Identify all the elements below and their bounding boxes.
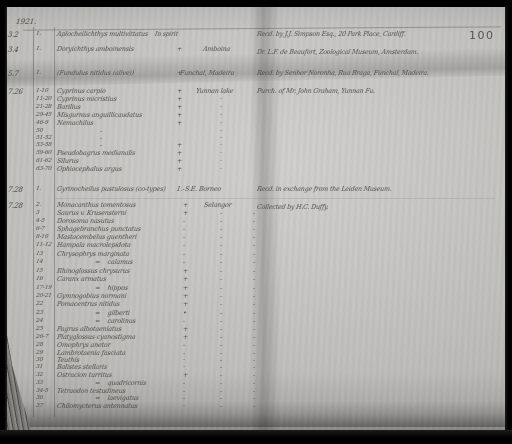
- cell-no: 11-12: [36, 242, 52, 248]
- cell-no: 21-28: [36, 104, 52, 110]
- cell-sp: Gymnogobius normani: [57, 293, 127, 300]
- cell-note: -: [253, 242, 256, 249]
- cell-sp: Pseudobagrus medianalis: [57, 150, 136, 157]
- cell-sp: Cyprinus micristius: [57, 96, 118, 103]
- cell-note: -: [253, 259, 256, 266]
- cell-loc: -: [220, 210, 223, 217]
- cell-sp: -: [100, 135, 103, 142]
- cell-note: -: [253, 251, 256, 258]
- cell-sp: Tetraodon testudineus: [57, 388, 126, 395]
- cell-no: 1.: [36, 46, 42, 52]
- cell-sp: Pagrus albotaeniatus: [57, 326, 122, 333]
- cell-date: 3.2: [7, 31, 19, 39]
- cell-no: 61-62: [36, 158, 52, 164]
- cell-no: 4-5: [36, 218, 46, 224]
- cell-loc: ·: [220, 142, 223, 149]
- cell-loc: ·: [220, 150, 223, 157]
- cell-loc: -: [220, 388, 223, 395]
- cell-note: -: [253, 364, 256, 371]
- cell-loc: -: [220, 226, 223, 233]
- cell-note: -: [253, 226, 256, 233]
- cell-sp: Caranx armatus: [57, 276, 107, 283]
- cell-note: -: [253, 310, 256, 317]
- cell-no: 53-58: [36, 142, 52, 148]
- cell-loc: -: [220, 276, 223, 283]
- cell-cond: +: [177, 120, 183, 127]
- cell-sp: Pomacentrus nitidus: [57, 301, 121, 308]
- cell-sp: = calamus: [95, 259, 134, 266]
- cell-loc: ·: [220, 128, 223, 135]
- cell-sp: Hampala macrolepidota: [57, 242, 132, 249]
- ledger-row: 16Caranx armatus+--: [7, 276, 506, 285]
- cell-no: 1.: [36, 31, 42, 37]
- cell-note: -: [253, 372, 256, 379]
- cell-sp: Omophrys anetor: [57, 342, 111, 349]
- cell-cond: •: [183, 310, 187, 317]
- cell-loc: -: [220, 372, 223, 379]
- cell-sp: Ostracion turritus: [57, 372, 113, 379]
- cell-sp: Silurus: [57, 158, 80, 165]
- cell-cond: +: [177, 96, 183, 103]
- cell-cond: -: [183, 251, 186, 258]
- cell-no: 26-7: [36, 334, 49, 340]
- cell-sp: Gyrinocheilus pustulosus (co-types) 1.-: [57, 186, 185, 193]
- cell-note: -: [253, 301, 256, 308]
- cell-cond: +: [183, 285, 189, 292]
- cell-sp: = gilberti: [95, 310, 131, 317]
- cell-sp: Nemachilus: [57, 120, 94, 127]
- ledger-page: 1921. 100 3.21.Aplocheilichthys multivit…: [7, 7, 506, 431]
- cell-note: -: [253, 218, 256, 225]
- cell-note: Recd. by Senhor Noronha, Rua Braga, Func…: [257, 70, 430, 77]
- ledger-row: 7.281.Gyrinocheilus pustulosus (co-types…: [7, 186, 506, 195]
- cell-no: 20-21: [36, 293, 52, 299]
- cell-no: 50: [36, 128, 44, 134]
- cell-note: -: [253, 234, 256, 241]
- cell-note: -: [253, 318, 256, 325]
- cell-note: -: [253, 342, 256, 349]
- cell-cond: -: [183, 234, 186, 241]
- cell-cond: -: [183, 318, 186, 325]
- cell-sp: -: [100, 128, 103, 135]
- cell-cond: +: [177, 112, 183, 119]
- photo-right-edge: [505, 0, 512, 444]
- cell-loc: -: [220, 342, 223, 349]
- photo-background: 1921. 100 3.21.Aplocheilichthys multivit…: [0, 0, 512, 444]
- cell-cond: +: [177, 46, 183, 53]
- cell-loc: ·: [220, 120, 223, 127]
- ledger-row: 63-70Ophiocephalus argus+·: [7, 166, 506, 175]
- cell-cond: +: [183, 202, 189, 209]
- cell-no: 32: [36, 372, 44, 378]
- cell-no: 24: [36, 318, 44, 324]
- cell-no: 6-7: [36, 226, 46, 232]
- ledger-row: 3.41.Doryichthys amboinensis+AmboinaDr. …: [7, 46, 506, 55]
- cell-note: Dr. L.F. de Beaufort, Zoological Museum,…: [257, 49, 419, 56]
- cell-cond: -: [183, 218, 186, 225]
- cell-no: 33: [36, 380, 44, 386]
- cell-loc: -: [220, 234, 223, 241]
- cell-loc: ·: [220, 112, 223, 119]
- cell-cond: +: [177, 166, 183, 173]
- cell-note: Recd. in exchange from the Leiden Museum…: [257, 186, 393, 193]
- cell-no: 51-52: [36, 135, 52, 141]
- cell-sp: Misgurnus anguillicaudatus: [57, 112, 143, 119]
- cell-note: -: [253, 268, 256, 275]
- cell-loc: -: [220, 364, 223, 371]
- bottom-shadow-band: [7, 401, 506, 427]
- cell-sp: Cyprinus carpio: [57, 88, 107, 95]
- cell-loc: -: [220, 251, 223, 258]
- cell-note: Recd. by J.J. Simpson Esq., 20 Park Plac…: [257, 31, 406, 38]
- ledger-row: 22Pomacentrus nitidus+--: [7, 301, 506, 310]
- cell-no: 3: [36, 210, 40, 216]
- cell-loc: -: [220, 301, 223, 308]
- entries-area: 3.21.Aplocheilichthys multivittatusIn sp…: [7, 7, 506, 431]
- cell-cond: +: [183, 301, 189, 308]
- cell-no: 30: [36, 357, 44, 363]
- cell-date: 7.28: [7, 186, 23, 194]
- cell-cond: +: [183, 334, 189, 341]
- cell-no: 8-10: [36, 234, 49, 240]
- cell-note: -: [253, 334, 256, 341]
- cell-date: 5.7: [7, 70, 19, 78]
- cell-loc: ·: [220, 96, 223, 103]
- cell-cond: -: [183, 388, 186, 395]
- cell-loc: Amboina: [203, 46, 231, 53]
- cell-loc: -: [220, 293, 223, 300]
- cell-cond: -: [183, 226, 186, 233]
- cell-sp: Barilius: [57, 104, 82, 111]
- cell-loc: Funchal, Madeira: [180, 70, 235, 77]
- cell-sp: = quadricornis: [95, 380, 147, 387]
- cell-sp: Doryichthys amboinensis: [57, 46, 135, 53]
- cell-loc: -: [220, 357, 223, 364]
- cell-sp: = hippos: [95, 285, 129, 292]
- cell-date: 3.4: [7, 46, 19, 54]
- cell-no: 29: [36, 350, 44, 356]
- cell-loc: -: [220, 268, 223, 275]
- cell-loc: -: [220, 334, 223, 341]
- cell-note: -: [253, 326, 256, 333]
- cell-no: 22: [36, 301, 44, 307]
- cell-sp: Mastacembelus guentheri: [57, 234, 138, 241]
- cell-note: -: [253, 357, 256, 364]
- book-bottom-edge: [0, 430, 512, 444]
- cell-no: 1-10: [36, 88, 49, 94]
- cell-sp: Rhinoglossus chrysurus: [57, 268, 131, 275]
- cell-note: -: [253, 293, 256, 300]
- cell-no: 34-5: [36, 388, 49, 394]
- cell-loc: -: [220, 242, 223, 249]
- cell-sp: Monacanthus tomentosus: [57, 202, 137, 209]
- cell-no: 16: [36, 276, 44, 282]
- cell-sp: Aplocheilichthys multivittatus: [57, 31, 149, 38]
- cell-cond: +: [183, 293, 189, 300]
- cell-cond: -: [183, 242, 186, 249]
- cell-cond: -: [183, 380, 186, 387]
- cell-loc: -: [220, 380, 223, 387]
- cell-loc: -: [220, 318, 223, 325]
- cell-no: 15: [36, 268, 44, 274]
- cell-no: 29-45: [36, 112, 52, 118]
- cell-loc: -: [220, 218, 223, 225]
- cell-loc: -: [220, 350, 223, 357]
- cell-loc: -: [220, 326, 223, 333]
- cell-no: 31: [36, 364, 44, 370]
- cell-loc: Selangor: [204, 202, 232, 209]
- cell-note: -: [253, 210, 256, 217]
- cell-no: 46-9: [36, 120, 49, 126]
- cell-cond: -: [183, 342, 186, 349]
- cell-cond: +: [183, 372, 189, 379]
- cell-no: 25: [36, 326, 44, 332]
- cell-loc: Yunnan lake: [196, 88, 234, 95]
- cell-cond: +: [183, 210, 189, 217]
- ledger-row: 11-12Hampala macrolepidota---: [7, 242, 506, 251]
- photo-top-edge: [0, 0, 512, 7]
- cell-sp: Lambrotaenia fasciata: [57, 350, 126, 357]
- cell-sp: Teuthis: [57, 357, 80, 364]
- cell-cond: ·: [183, 357, 186, 364]
- ledger-row: 5.71.(Fundulus nitidus (alive))+Funchal,…: [7, 70, 506, 79]
- cell-no: 1.: [36, 186, 42, 192]
- cell-no: 63-70: [36, 166, 52, 172]
- cell-no: 1.: [36, 70, 42, 76]
- cell-no: 2.: [36, 202, 42, 208]
- ledger-row: 3.21.Aplocheilichthys multivittatusIn sp…: [7, 31, 506, 40]
- cell-cond: +: [183, 268, 189, 275]
- cell-no: 11-20: [36, 96, 52, 102]
- cell-sp: Ophiocephalus argus: [57, 166, 123, 173]
- cell-sp: (Fundulus nitidus (alive)): [57, 70, 135, 77]
- cell-loc: -: [220, 285, 223, 292]
- cell-no: 17-19: [36, 285, 52, 291]
- cell-loc: ·: [220, 166, 223, 173]
- cell-cond: +: [183, 326, 189, 333]
- cell-note: -: [253, 388, 256, 395]
- cell-note: -: [253, 380, 256, 387]
- cell-cond: +: [183, 276, 189, 283]
- cell-sp: -: [100, 142, 103, 149]
- ledger-row: 14= calamus---: [7, 259, 506, 268]
- cell-loc: -: [220, 310, 223, 317]
- cell-sp: Saurus v. Krusensterni: [57, 210, 127, 217]
- cell-sp: Balistes stellaris: [57, 364, 108, 371]
- cell-no: 13: [36, 251, 44, 257]
- cell-cond: +: [177, 150, 183, 157]
- cell-sp: Sphagebranchus punctatus: [57, 226, 142, 233]
- cell-cond: ·: [183, 364, 186, 371]
- cell-no: 59-60: [36, 150, 52, 156]
- cell-cond: +: [177, 104, 183, 111]
- cell-note: -: [253, 276, 256, 283]
- cell-cond: -: [183, 259, 186, 266]
- cell-no: 23: [36, 310, 44, 316]
- cell-note: -: [253, 285, 256, 292]
- cell-note: Purch. of Mr. John Graham, Yunnan Fu.: [257, 88, 376, 95]
- cell-date: 7.26: [7, 88, 23, 96]
- cell-cond: In spirit: [155, 31, 179, 38]
- cell-cond: +: [177, 88, 183, 95]
- cell-loc: ·: [220, 135, 223, 142]
- cell-sp: Platyglossus cyanostigma: [57, 334, 136, 341]
- cell-cond: +: [177, 158, 183, 165]
- cell-sp: Chrysophrys marginata: [57, 251, 130, 258]
- cell-loc: -: [220, 259, 223, 266]
- cell-no: 14: [36, 259, 44, 265]
- cell-sp: Dorosoma nasutus: [57, 218, 115, 225]
- cell-cond: -: [183, 350, 186, 357]
- book-spine-edge: [0, 0, 7, 444]
- cell-no: 28: [36, 342, 44, 348]
- cell-sp: = carolinus: [95, 318, 137, 325]
- cell-note: -: [253, 350, 256, 357]
- cell-loc: S.E. Borneo: [185, 186, 222, 193]
- cell-loc: ·: [220, 104, 223, 111]
- cell-date: 7.28: [7, 202, 23, 210]
- cell-cond: +: [177, 142, 183, 149]
- cell-loc: ·: [220, 158, 223, 165]
